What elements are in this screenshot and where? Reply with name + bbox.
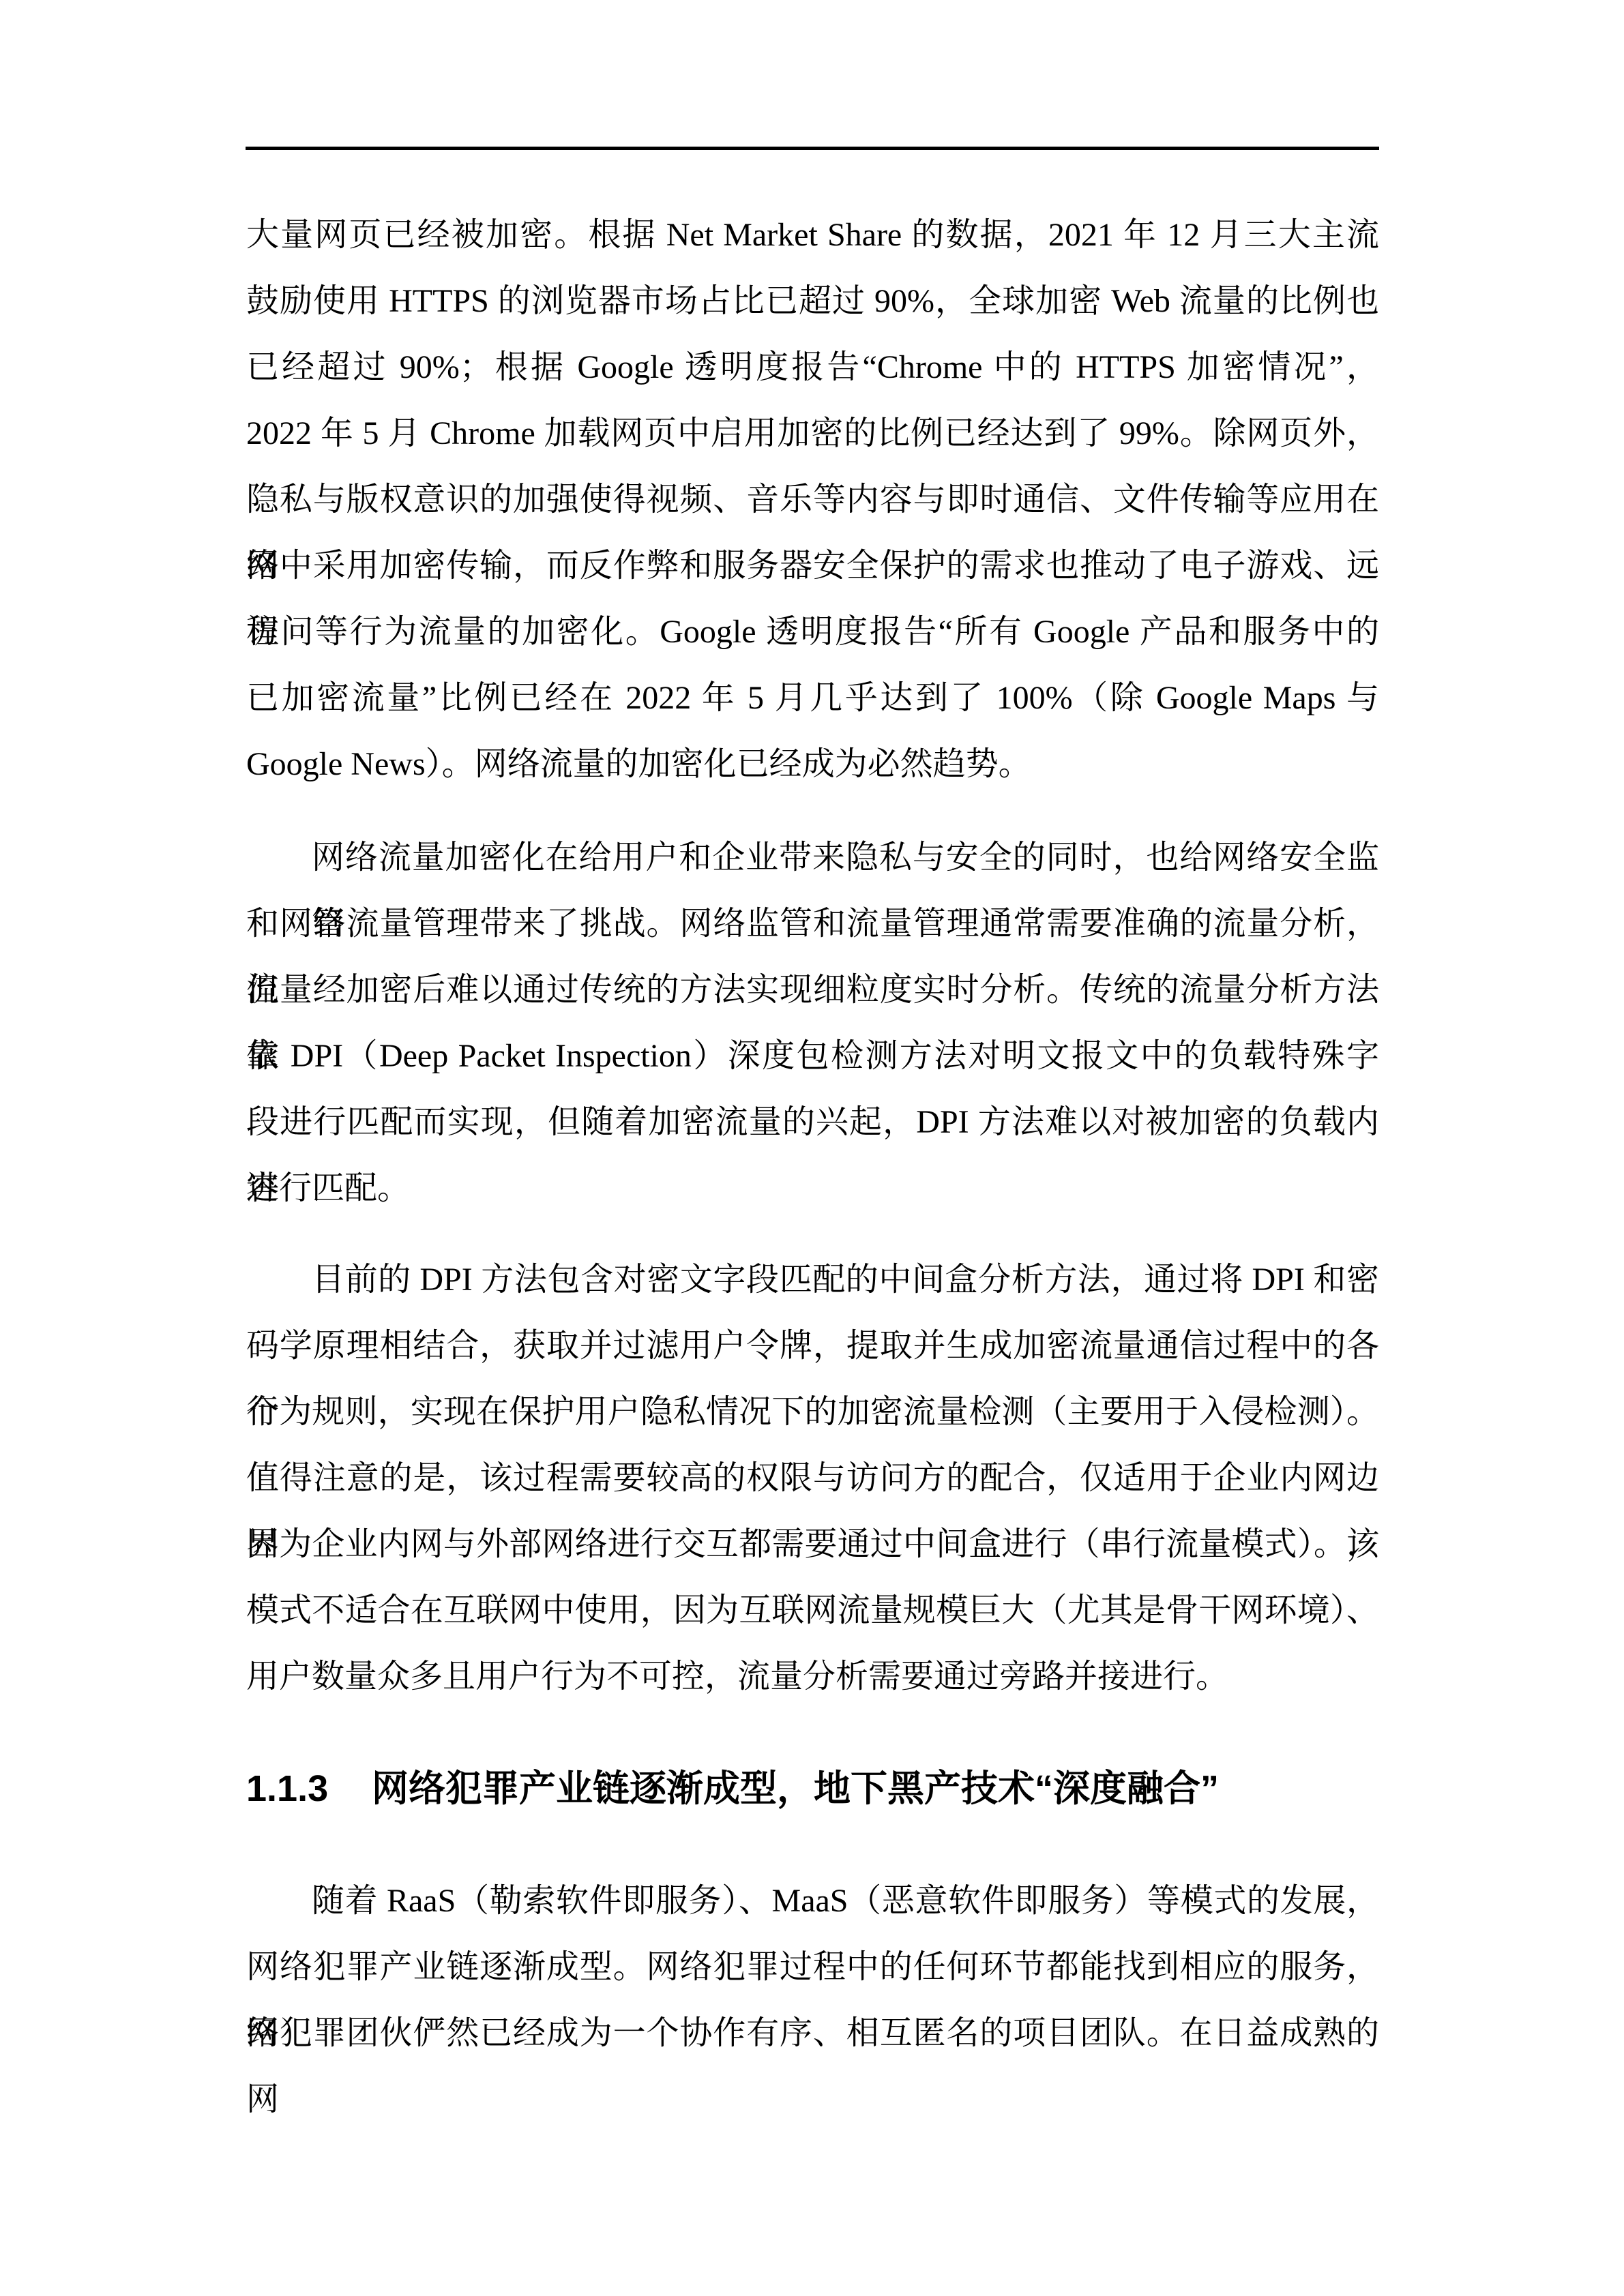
section-number: 1.1.3 xyxy=(246,1756,372,1822)
text-line: 段进行匹配而实现，但随着加密流量的兴起，DPI 方法难以对被加密的负载内容 xyxy=(246,1089,1379,1155)
text-line: 流量经加密后难以通过传统的方法实现细粒度实时分析。传统的流量分析方法依 xyxy=(246,957,1379,1023)
text-line: 络中采用加密传输，而反作弊和服务器安全保护的需求也推动了电子游戏、远程 xyxy=(246,533,1379,599)
text-line: 络犯罪团伙俨然已经成为一个协作有序、相互匿名的项目团队。在日益成熟的网 xyxy=(246,2000,1379,2066)
text-line: 目前的 DPI 方法包含对密文字段匹配的中间盒分析方法，通过将 DPI 和密 xyxy=(246,1247,1379,1313)
text-line: 隐私与版权意识的加强使得视频、音乐等内容与即时通信、文件传输等应用在网 xyxy=(246,466,1379,533)
section-title: 网络犯罪产业链逐渐成型，地下黑产技术“深度融合” xyxy=(372,1768,1219,1809)
text-line: 码学原理相结合，获取并过滤用户令牌，提取并生成加密流量通信过程中的各个 xyxy=(246,1313,1379,1379)
text-line: 值得注意的是，该过程需要较高的权限与访问方的配合，仅适用于企业内网边界， xyxy=(246,1445,1379,1511)
text-line: 靠 DPI（Deep Packet Inspection）深度包检测方法对明文报… xyxy=(246,1023,1379,1089)
text-line: 随着 RaaS（勒索软件即服务）、MaaS（恶意软件即服务）等模式的发展， xyxy=(246,1868,1379,1934)
text-line: 网络犯罪产业链逐渐成型。网络犯罪过程中的任何环节都能找到相应的服务，网 xyxy=(246,1934,1379,2000)
text-line: 网络流量加密化在给用户和企业带来隐私与安全的同时，也给网络安全监管 xyxy=(246,824,1379,891)
paragraph-3: 目前的 DPI 方法包含对密文字段匹配的中间盒分析方法，通过将 DPI 和密 码… xyxy=(246,1247,1379,1710)
text-line: 因为企业内网与外部网络进行交互都需要通过中间盒进行（串行流量模式）。该 xyxy=(246,1511,1379,1577)
text-line: 用户数量众多且用户行为不可控，流量分析需要通过旁路并接进行。 xyxy=(246,1643,1379,1710)
text-line: 和网络流量管理带来了挑战。网络监管和流量管理通常需要准确的流量分析，但 xyxy=(246,891,1379,957)
text-line: Google News）。网络流量的加密化已经成为必然趋势。 xyxy=(246,731,1379,797)
text-line: 已加密流量”比例已经在 2022 年 5 月几乎达到了 100%（除 Googl… xyxy=(246,665,1379,731)
section-heading: 1.1.3网络犯罪产业链逐渐成型，地下黑产技术“深度融合” xyxy=(246,1756,1379,1822)
paragraph-2: 网络流量加密化在给用户和企业带来隐私与安全的同时，也给网络安全监管 和网络流量管… xyxy=(246,824,1379,1221)
text-line: 2022 年 5 月 Chrome 加载网页中启用加密的比例已经达到了 99%。… xyxy=(246,400,1379,466)
text-line: 大量网页已经被加密。根据 Net Market Share 的数据，2021 年… xyxy=(246,202,1379,268)
text-line: 进行匹配。 xyxy=(246,1155,1379,1221)
document-page: 大量网页已经被加密。根据 Net Market Share 的数据，2021 年… xyxy=(0,0,1624,2296)
page-content: 大量网页已经被加密。根据 Net Market Share 的数据，2021 年… xyxy=(246,202,1379,2066)
text-line: 行为规则，实现在保护用户隐私情况下的加密流量检测（主要用于入侵检测）。 xyxy=(246,1379,1379,1445)
text-line: 模式不适合在互联网中使用，因为互联网流量规模巨大（尤其是骨干网环境）、 xyxy=(246,1577,1379,1643)
text-line: 已经超过 90%；根据 Google 透明度报告“Chrome 中的 HTTPS… xyxy=(246,334,1379,400)
header-rule xyxy=(246,147,1379,150)
text-line: 访问等行为流量的加密化。Google 透明度报告“所有 Google 产品和服务… xyxy=(246,599,1379,665)
paragraph-4: 随着 RaaS（勒索软件即服务）、MaaS（恶意软件即服务）等模式的发展， 网络… xyxy=(246,1868,1379,2066)
paragraph-1: 大量网页已经被加密。根据 Net Market Share 的数据，2021 年… xyxy=(246,202,1379,797)
text-line: 鼓励使用 HTTPS 的浏览器市场占比已超过 90%，全球加密 Web 流量的比… xyxy=(246,268,1379,334)
